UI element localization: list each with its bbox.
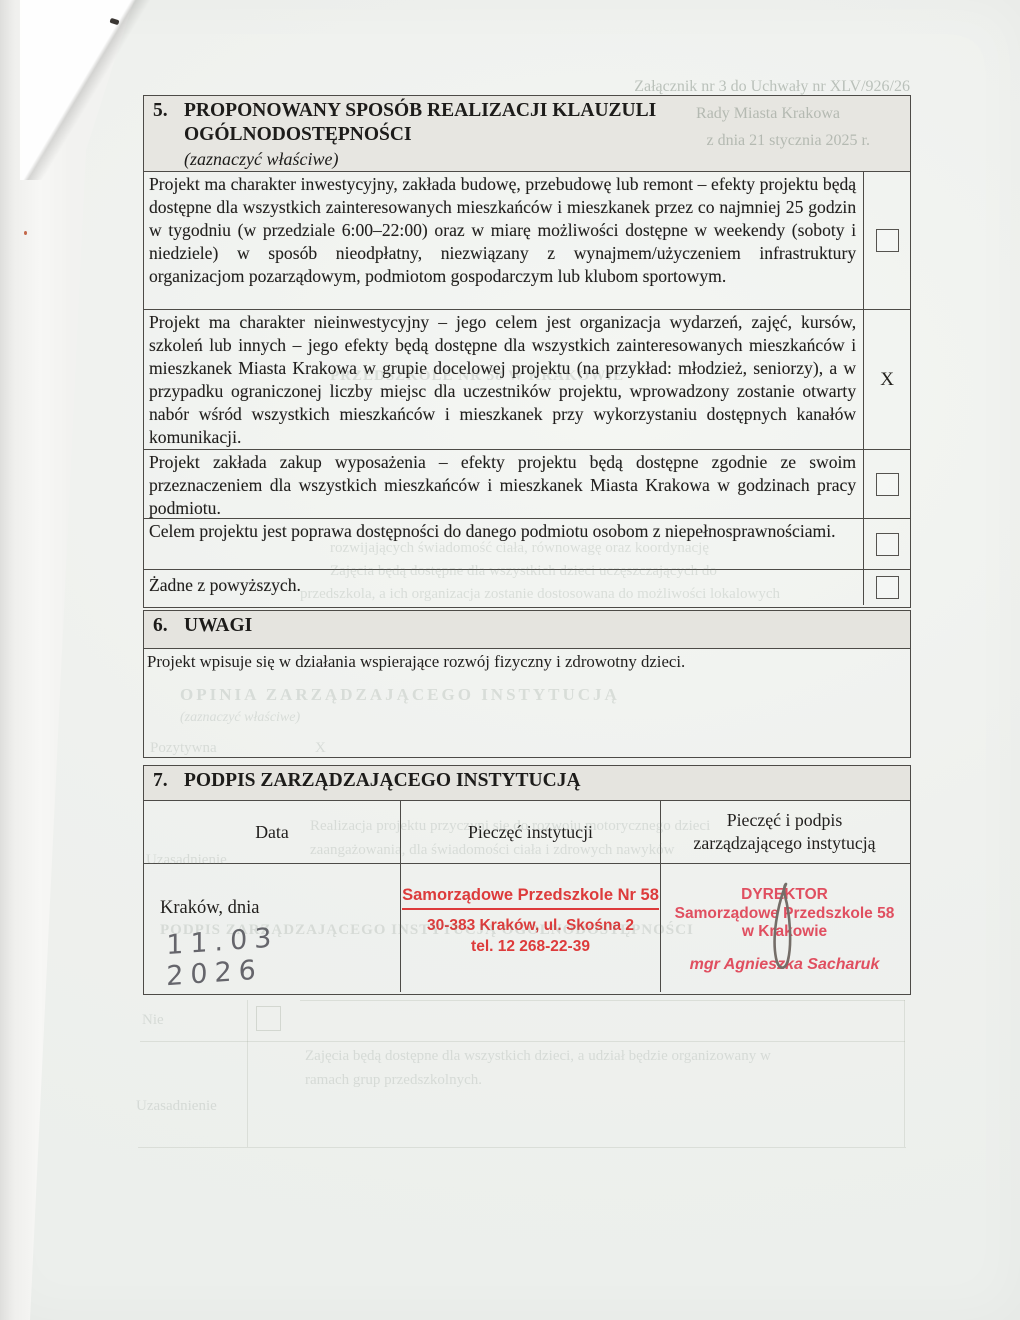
- section5-title-line1: 5.PROPONOWANY SPOSÓB REALIZACJI KLAUZULI: [144, 99, 910, 123]
- section6-header: 6.UWAGI: [144, 611, 910, 649]
- option-text: Projekt ma charakter nieinwestycyjny – j…: [144, 310, 863, 449]
- column-header-date: Data: [144, 801, 400, 863]
- section6-table: 6.UWAGI Projekt wpisuje się w działania …: [143, 610, 911, 758]
- staple-mark-icon: [109, 18, 119, 26]
- stamp-institution-address: 30-383 Kraków, ul. Skośna 2: [401, 915, 660, 936]
- section6-number: 6.: [144, 615, 184, 637]
- section5-header: 5.PROPONOWANY SPOSÓB REALIZACJI KLAUZULI…: [144, 96, 910, 172]
- date-cell[interactable]: Kraków, dnia 11.03 2026: [144, 864, 400, 992]
- stamp-institution-phone: tel. 12 268-22-39: [401, 936, 660, 957]
- x-mark: X: [880, 369, 894, 391]
- section5-subtitle: (zaznaczyć właściwe): [144, 147, 910, 171]
- section6-title: UWAGI: [184, 615, 252, 636]
- option-text: Celem projektu jest poprawa dostępności …: [144, 519, 863, 569]
- option-text: Projekt zakłada zakup wyposażenia – efek…: [144, 450, 863, 518]
- institution-stamp-cell: Samorządowe Przedszkole Nr 58 30-383 Kra…: [400, 864, 660, 992]
- handwritten-date: 11.03 2026: [166, 914, 399, 992]
- option-row-investment: Projekt ma charakter inwestycyjny, zakła…: [144, 172, 910, 310]
- institution-stamp: Samorządowe Przedszkole Nr 58 30-383 Kra…: [401, 886, 660, 957]
- column-header-stamp: Pieczęć instytucji: [400, 801, 660, 863]
- pen-signature: [765, 880, 805, 980]
- checkbox-icon[interactable]: [876, 576, 899, 599]
- section7-header: 7.PODPIS ZARZĄDZAJĄCEGO INSTYTUCJĄ: [144, 766, 910, 801]
- checkbox-icon[interactable]: [876, 229, 899, 252]
- checkbox-icon[interactable]: [876, 473, 899, 496]
- ink-speck: [24, 231, 27, 235]
- date-label: Kraków, dnia: [160, 898, 260, 919]
- section7-number: 7.: [144, 770, 184, 792]
- option-text: Projekt ma charakter inwestycyjny, zakła…: [144, 172, 863, 309]
- option-checkbox-cell[interactable]: [863, 519, 910, 569]
- signature-row: Kraków, dnia 11.03 2026 Samorządowe Prze…: [144, 864, 910, 992]
- option-row-noninvestment: Projekt ma charakter nieinwestycyjny – j…: [144, 310, 910, 450]
- option-checkbox-cell[interactable]: [863, 570, 910, 605]
- scanned-form-page: 5.PROPONOWANY SPOSÓB REALIZACJI KLAUZULI…: [0, 0, 1020, 1320]
- option-row-none: Żadne z powyższych.: [144, 570, 910, 605]
- option-checkbox-cell[interactable]: [863, 172, 910, 309]
- section5-title-line2: OGÓLNODOSTĘPNOŚCI: [144, 123, 910, 147]
- option-checkbox-cell[interactable]: [863, 450, 910, 518]
- column-header-line1: Pieczęć i podpis: [727, 809, 843, 832]
- section5-title: PROPONOWANY SPOSÓB REALIZACJI KLAUZULI: [184, 100, 656, 121]
- column-header-stamp-signature: Pieczęć i podpis zarządzającego instytuc…: [660, 801, 908, 863]
- option-row-equipment: Projekt zakłada zakup wyposażenia – efek…: [144, 450, 910, 519]
- section5-table: 5.PROPONOWANY SPOSÓB REALIZACJI KLAUZULI…: [143, 95, 911, 608]
- section6-note: Projekt wpisuje się w działania wspieraj…: [144, 649, 910, 673]
- section5-number: 5.: [144, 99, 184, 123]
- column-header-line2: zarządzającego instytucją: [693, 832, 875, 855]
- stamp-institution-name: Samorządowe Przedszkole Nr 58: [402, 886, 659, 910]
- section7-table: 7.PODPIS ZARZĄDZAJĄCEGO INSTYTUCJĄ Data …: [143, 765, 911, 995]
- director-stamp-cell: DYREKTOR Samorządowe Przedszkole 58 w Kr…: [660, 864, 908, 992]
- checkbox-icon[interactable]: [876, 533, 899, 556]
- section7-title: PODPIS ZARZĄDZAJĄCEGO INSTYTUCJĄ: [184, 770, 581, 791]
- signature-column-headers: Data Pieczęć instytucji Pieczęć i podpis…: [144, 801, 910, 864]
- option-row-accessibility: Celem projektu jest poprawa dostępności …: [144, 519, 910, 570]
- option-text: Żadne z powyższych.: [144, 570, 863, 605]
- option-mark-cell[interactable]: X: [863, 310, 910, 449]
